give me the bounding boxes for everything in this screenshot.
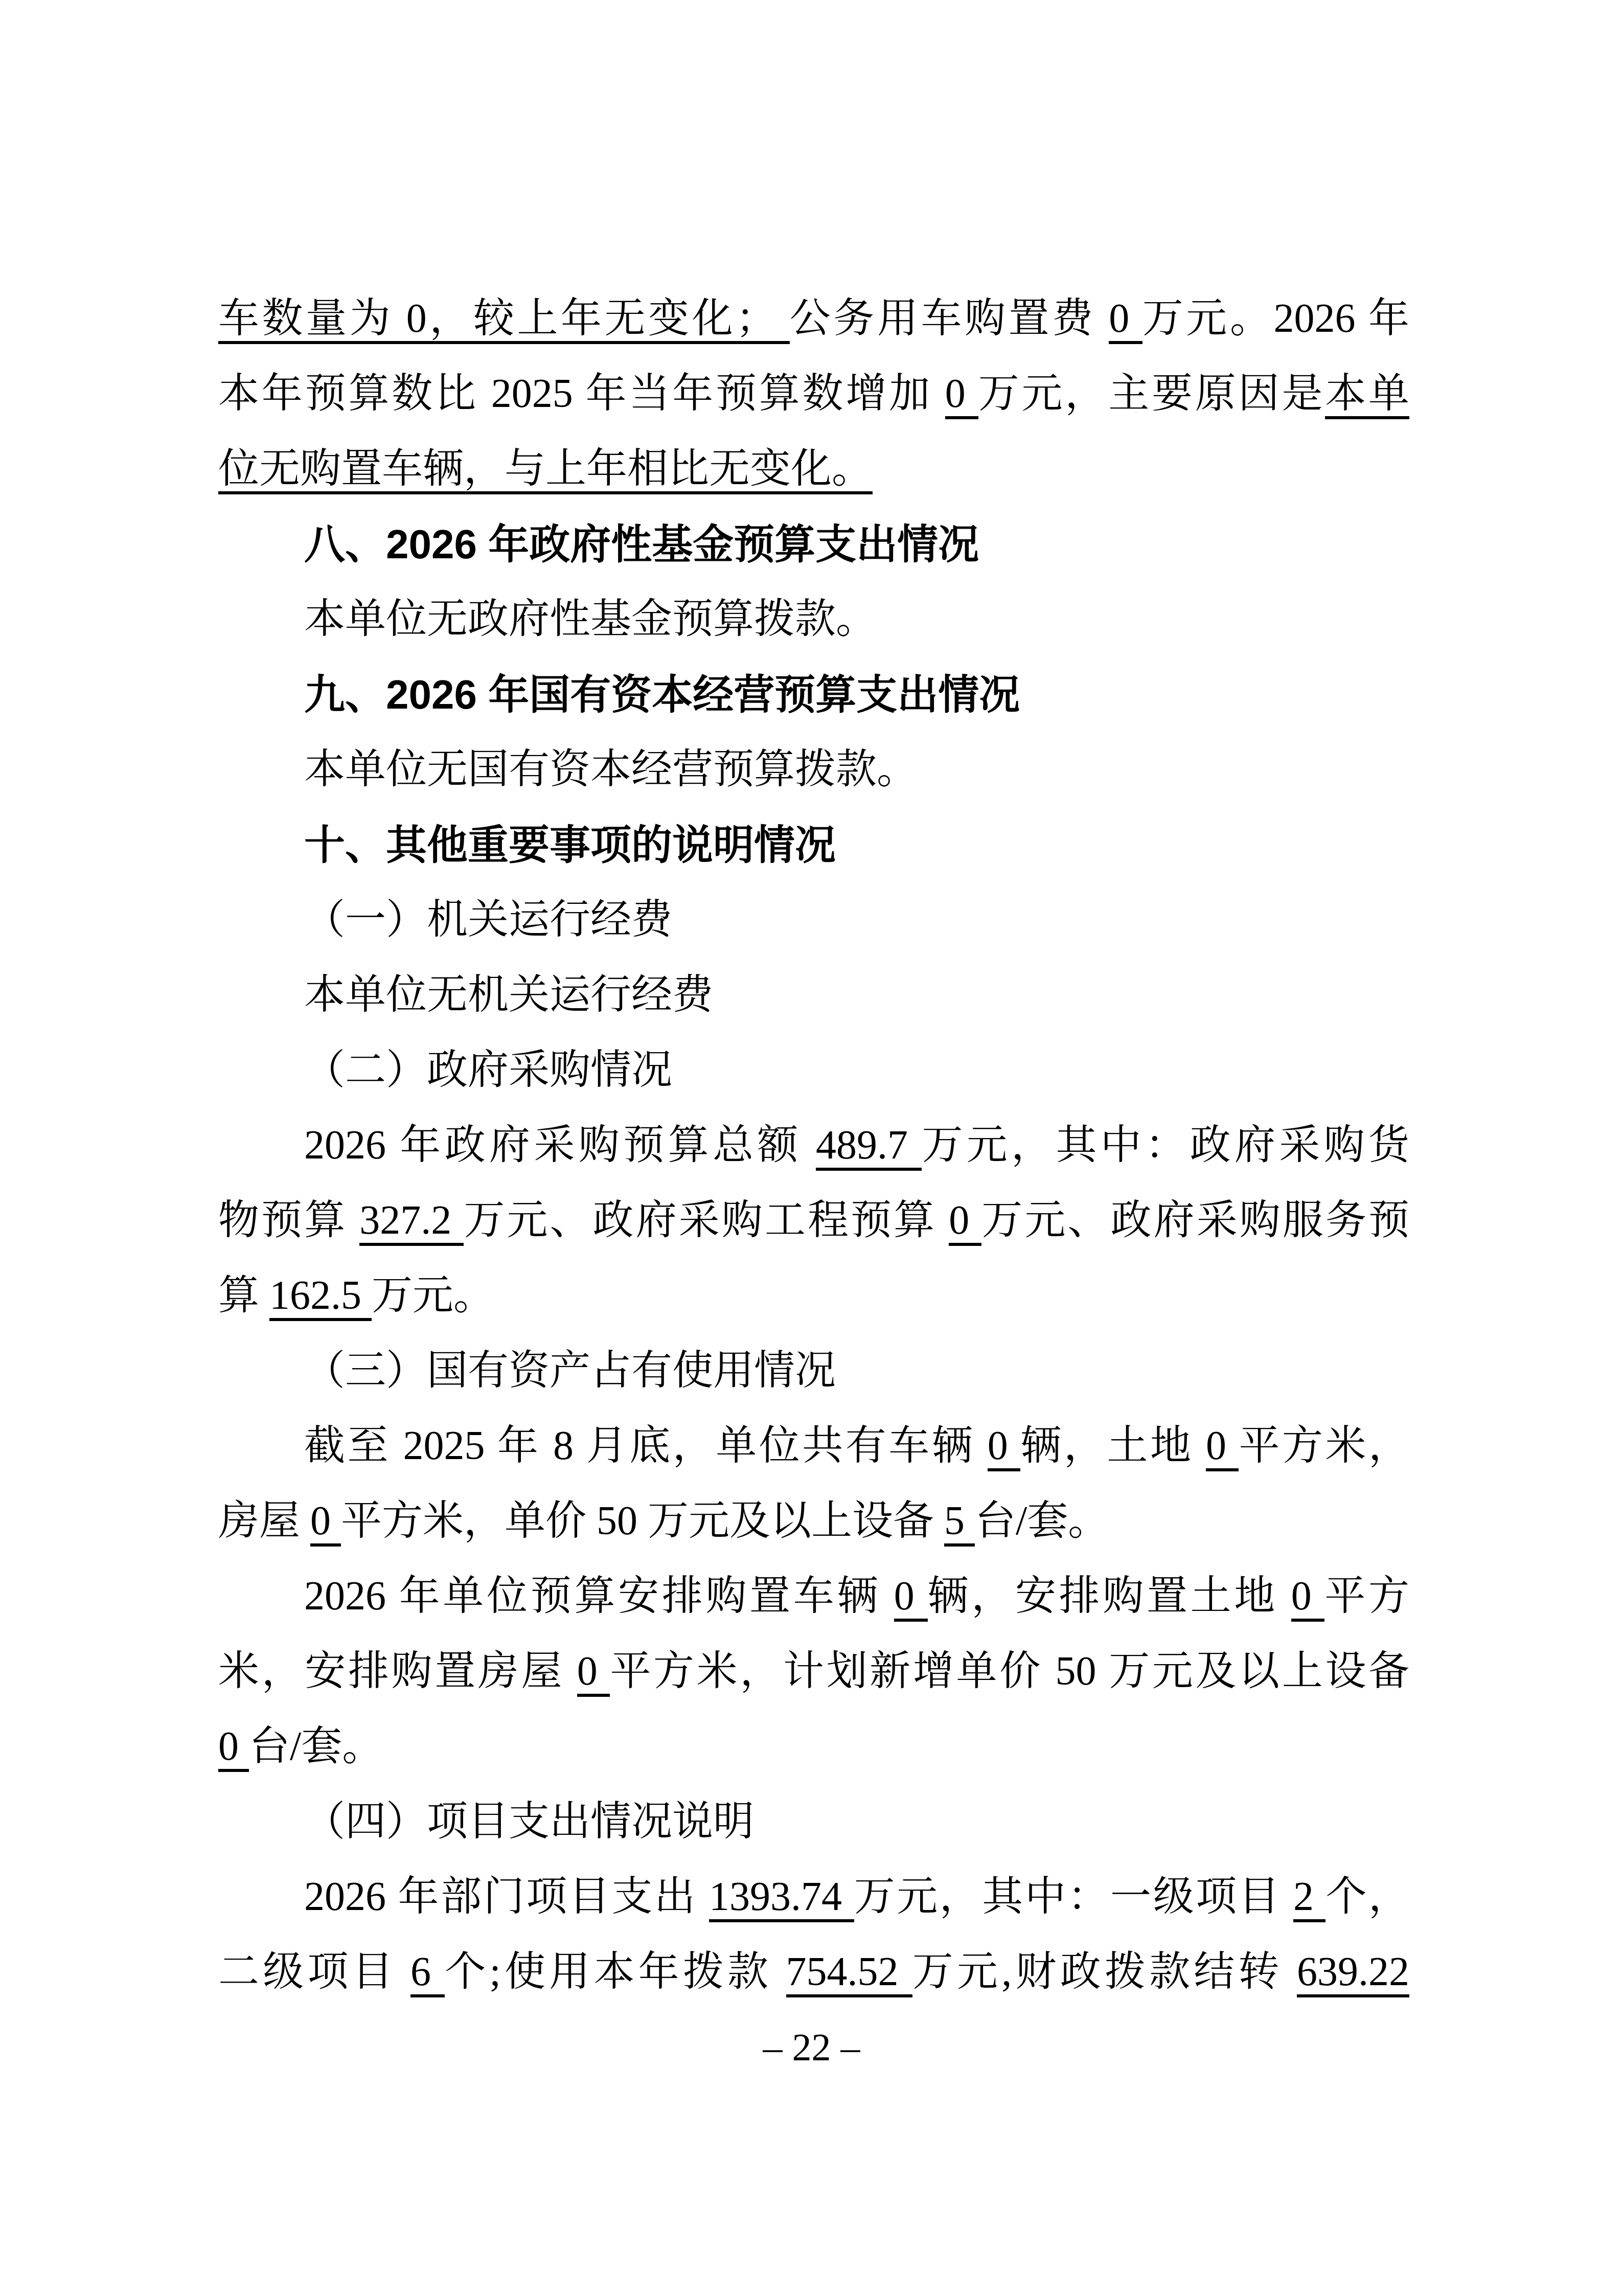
text-line: 2026 年单位预算安排购置车辆 0 辆，安排购置土地 0 平方 — [218, 1559, 1409, 1634]
text-segment: 个， — [1325, 1874, 1409, 1919]
text-segment: 截至 2025 年 8 月底，单位共有车辆 — [304, 1423, 988, 1468]
underlined-text: 0 — [1291, 1574, 1325, 1622]
text-segment: （四）项目支出情况说明 — [304, 1799, 754, 1844]
text-line: 九、2026 年国有资本经营预算支出情况 — [218, 657, 1409, 732]
text-segment: 辆，土地 — [1020, 1423, 1206, 1468]
text-segment: 万元，其中：政府采购货 — [922, 1123, 1409, 1168]
underlined-text: 位无购置车辆，与上年相比无变化。 — [218, 446, 873, 494]
underlined-text: 0 — [310, 1498, 341, 1547]
text-segment: 算 — [218, 1273, 269, 1318]
text-line: 八、2026 年政府性基金预算支出情况 — [218, 507, 1409, 582]
text-segment: 本单位无国有资本经营预算拨款。 — [304, 747, 918, 792]
text-segment: 台/套。 — [975, 1498, 1109, 1543]
text-segment: 八、2026 年政府性基金预算支出情况 — [304, 521, 979, 567]
text-line: 位无购置车辆，与上年相比无变化。 — [218, 431, 1409, 507]
text-line: （三）国有资产占有使用情况 — [218, 1333, 1409, 1408]
text-segment: 本年预算数比 2025 年当年预算数增加 — [218, 371, 945, 416]
underlined-text: 489.7 — [816, 1123, 922, 1171]
text-segment: 万元、政府采购服务预 — [981, 1198, 1409, 1243]
underlined-text: 车数量为 0，较上年无变化； — [218, 296, 790, 344]
text-segment: 本单位无机关运行经费 — [304, 972, 713, 1017]
underlined-text: 本单 — [1325, 371, 1409, 419]
text-segment: （一）机关运行经费 — [304, 897, 672, 942]
page-number: – 22 – — [0, 2019, 1623, 2076]
underlined-text: 327.2 — [359, 1198, 464, 1246]
underlined-text: 0 — [1206, 1423, 1239, 1471]
text-segment: 公务用车购置费 — [790, 296, 1109, 341]
text-segment: 万元,财政拨款结转 — [912, 1949, 1297, 1994]
text-line: 本单位无政府性基金预算拨款。 — [218, 582, 1409, 657]
text-segment: 万元。2026 年 — [1142, 296, 1409, 341]
text-line: 本单位无机关运行经费 — [218, 958, 1409, 1033]
underlined-text: 0 — [894, 1574, 928, 1622]
underlined-text: 0 — [945, 371, 978, 419]
text-line: 本年预算数比 2025 年当年预算数增加 0 万元，主要原因是本单 — [218, 356, 1409, 431]
text-segment: 平方 — [1324, 1574, 1409, 1619]
text-line: （四）项目支出情况说明 — [218, 1784, 1409, 1859]
text-line: （二）政府采购情况 — [218, 1033, 1409, 1108]
underlined-text: 5 — [944, 1498, 975, 1547]
text-line: 十、其他重要事项的说明情况 — [218, 807, 1409, 882]
document-page: { "colors": { "background": "#ffffff", "… — [0, 0, 1623, 2296]
underlined-text: 754.52 — [786, 1949, 912, 1997]
text-line: 本单位无国有资本经营预算拨款。 — [218, 732, 1409, 807]
text-segment: 万元、政府采购工程预算 — [464, 1198, 949, 1243]
text-segment: （二）政府采购情况 — [304, 1048, 672, 1093]
text-segment: 十、其他重要事项的说明情况 — [304, 822, 836, 868]
text-line: 物预算 327.2 万元、政府采购工程预算 0 万元、政府采购服务预 — [218, 1183, 1409, 1258]
document-body: 车数量为 0，较上年无变化； 公务用车购置费 0 万元。2026 年本年预算数比… — [218, 281, 1409, 2010]
text-line: 二级项目 6 个;使用本年拨款 754.52 万元,财政拨款结转 639.22 — [218, 1935, 1409, 2010]
underlined-text: 162.5 — [269, 1273, 372, 1321]
text-segment: 平方米， — [1239, 1423, 1409, 1468]
text-segment: 个;使用本年拨款 — [445, 1949, 786, 1994]
underlined-text: 1393.74 — [709, 1874, 854, 1922]
text-line: 算 162.5 万元。 — [218, 1258, 1409, 1333]
text-segment: 万元，其中：一级项目 — [854, 1874, 1293, 1919]
text-segment: 万元。 — [372, 1273, 494, 1318]
text-segment: 辆，安排购置土地 — [928, 1574, 1291, 1619]
text-segment: 万元，主要原因是 — [978, 371, 1325, 416]
text-line: 米，安排购置房屋 0 平方米，计划新增单价 50 万元及以上设备 — [218, 1634, 1409, 1709]
underlined-text: 0 — [218, 1724, 249, 1772]
text-segment: 2026 年政府采购预算总额 — [304, 1123, 816, 1168]
underlined-text: 0 — [988, 1423, 1021, 1471]
underlined-text: 6 — [410, 1949, 445, 1997]
underlined-text: 0 — [577, 1649, 610, 1697]
text-segment: 平方米，单价 50 万元及以上设备 — [341, 1498, 944, 1543]
underlined-text: 2 — [1293, 1874, 1326, 1922]
text-segment: 台/套。 — [249, 1724, 383, 1769]
underlined-text: 639.22 — [1297, 1949, 1409, 1997]
underlined-text: 0 — [949, 1198, 981, 1246]
text-segment: 本单位无政府性基金预算拨款。 — [304, 597, 877, 642]
text-segment: 2026 年单位预算安排购置车辆 — [304, 1574, 894, 1619]
text-line: 2026 年政府采购预算总额 489.7 万元，其中：政府采购货 — [218, 1108, 1409, 1183]
text-line: 车数量为 0，较上年无变化； 公务用车购置费 0 万元。2026 年 — [218, 281, 1409, 356]
text-line: 房屋 0 平方米，单价 50 万元及以上设备 5 台/套。 — [218, 1484, 1409, 1559]
underlined-text: 0 — [1109, 296, 1142, 344]
text-segment: （三）国有资产占有使用情况 — [304, 1348, 836, 1393]
text-segment: 物预算 — [218, 1198, 359, 1243]
text-segment: 二级项目 — [218, 1949, 410, 1994]
text-line: 2026 年部门项目支出 1393.74 万元，其中：一级项目 2 个， — [218, 1859, 1409, 1935]
text-segment: 房屋 — [218, 1498, 310, 1543]
text-segment: 平方米，计划新增单价 50 万元及以上设备 — [610, 1649, 1409, 1694]
text-segment: 九、2026 年国有资本经营预算支出情况 — [304, 672, 1020, 717]
text-line: 截至 2025 年 8 月底，单位共有车辆 0 辆，土地 0 平方米， — [218, 1408, 1409, 1484]
text-line: 0 台/套。 — [218, 1709, 1409, 1784]
text-segment: 米，安排购置房屋 — [218, 1649, 577, 1694]
text-line: （一）机关运行经费 — [218, 882, 1409, 958]
text-segment: 2026 年部门项目支出 — [304, 1874, 709, 1919]
